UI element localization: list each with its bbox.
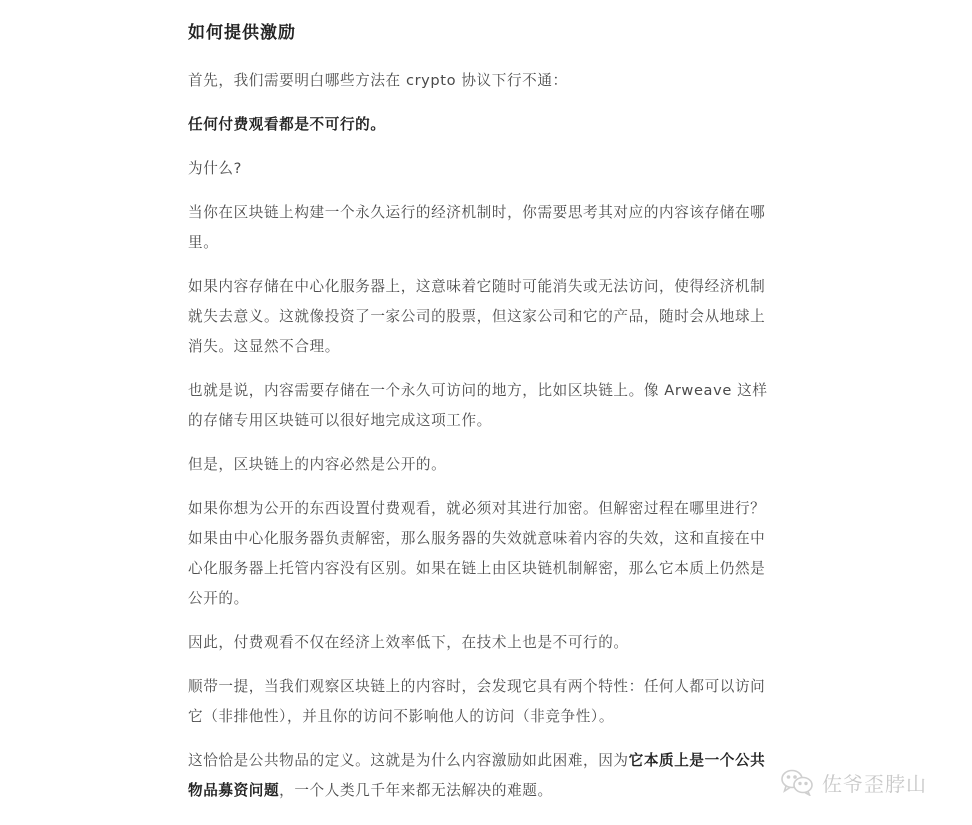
final-tail: ，一个人类几千年来都无法解决的难题。 bbox=[279, 782, 553, 799]
watermark-text: 佐爷歪脖山 bbox=[822, 768, 927, 797]
paragraph: 如果你想为公开的东西设置付费观看，就必须对其进行加密。但解密过程在哪里进行？如果… bbox=[188, 494, 768, 614]
paragraph: 顺带一提，当我们观察区块链上的内容时，会发现它具有两个特性：任何人都可以访问它（… bbox=[188, 672, 768, 732]
bold-statement: 任何付费观看都是不可行的。 bbox=[188, 110, 768, 140]
watermark: 佐爷歪脖山 bbox=[780, 764, 927, 800]
paragraph: 也就是说，内容需要存储在一个永久可访问的地方，比如区块链上。像 Arweave … bbox=[188, 376, 768, 436]
paragraph: 为什么? bbox=[188, 154, 768, 184]
final-lead: 这恰恰是公共物品的定义。这就是为什么内容激励如此困难，因为 bbox=[188, 752, 629, 769]
paragraph: 如果内容存储在中心化服务器上，这意味着它随时可能消失或无法访问，使得经济机制就失… bbox=[188, 272, 768, 362]
article: 如何提供激励 首先，我们需要明白哪些方法在 crypto 协议下行不通： 任何付… bbox=[188, 18, 768, 820]
paragraph: 首先，我们需要明白哪些方法在 crypto 协议下行不通： bbox=[188, 66, 768, 96]
final-paragraph: 这恰恰是公共物品的定义。这就是为什么内容激励如此困难，因为它本质上是一个公共物品… bbox=[188, 746, 768, 806]
paragraph: 当你在区块链上构建一个永久运行的经济机制时，你需要思考其对应的内容该存储在哪里。 bbox=[188, 198, 768, 258]
wechat-icon bbox=[780, 768, 814, 796]
paragraph: 因此，付费观看不仅在经济上效率低下，在技术上也是不可行的。 bbox=[188, 628, 768, 658]
article-title: 如何提供激励 bbox=[188, 18, 768, 48]
paragraph: 但是，区块链上的内容必然是公开的。 bbox=[188, 450, 768, 480]
